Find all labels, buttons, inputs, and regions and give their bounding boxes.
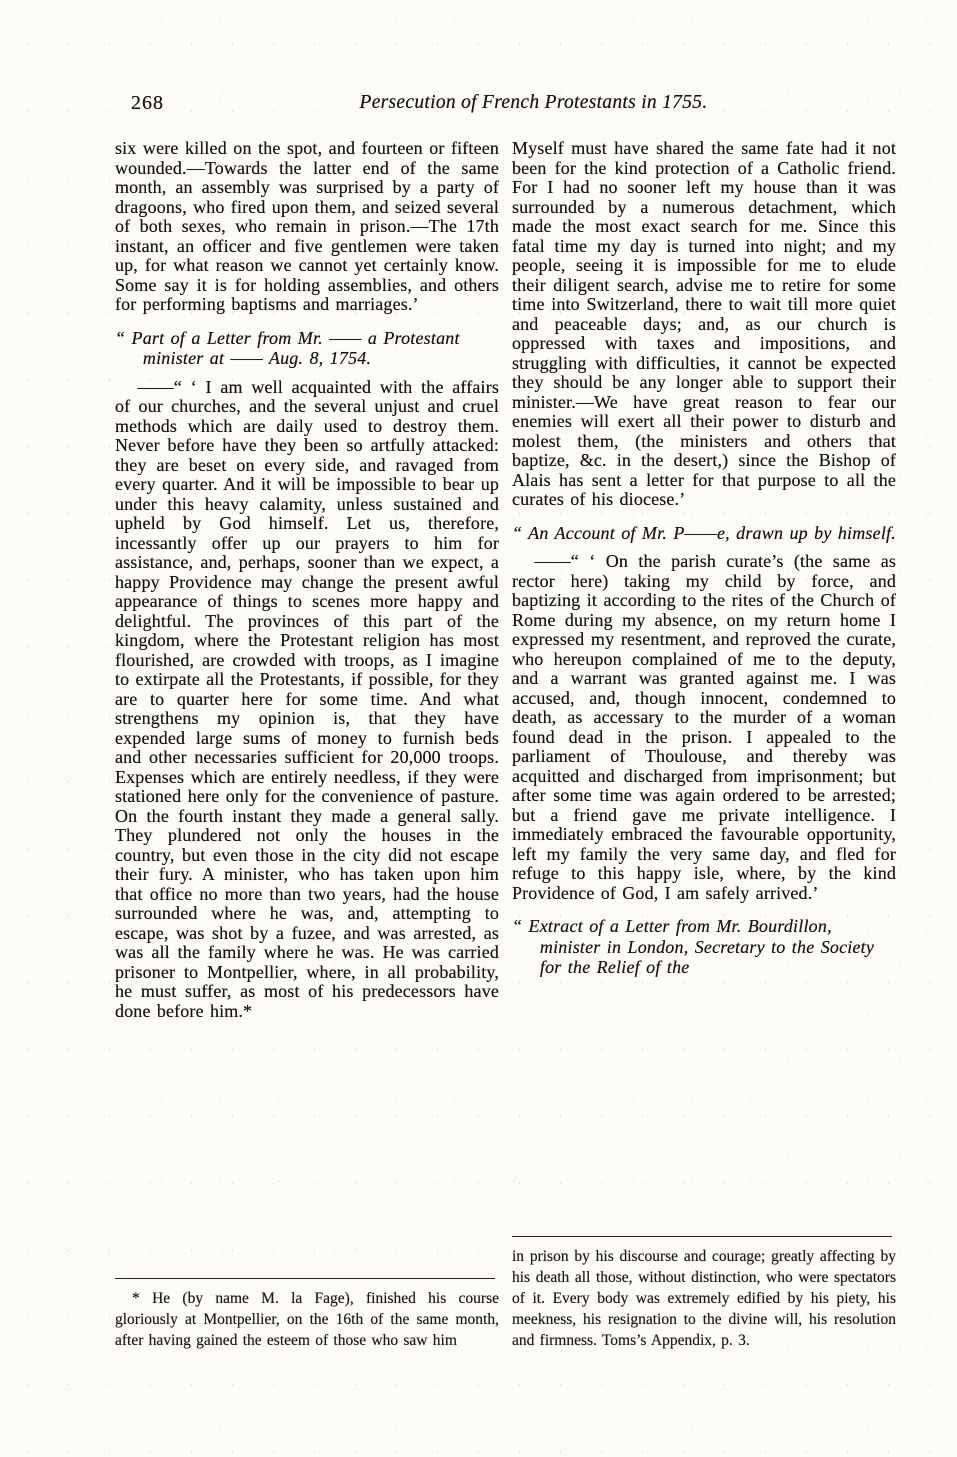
paragraph-continuation: Myself must have shared the same fate ha…: [512, 139, 896, 510]
left-column: six were killed on the spot, and fourtee…: [115, 139, 499, 1351]
running-title: Persecution of French Protestants in 175…: [115, 92, 897, 114]
footnote-continuation-text: in prison by his discourse and courage; …: [512, 1246, 896, 1351]
right-column: Myself must have shared the same fate ha…: [512, 139, 896, 1351]
extract-section-heading: “ Extract of a Letter from Mr. Bourdillo…: [512, 916, 896, 978]
account-body-paragraph: ——“ ‘ On the parish curate’s (the same a…: [512, 552, 896, 903]
paragraph-continuation: six were killed on the spot, and fourtee…: [115, 139, 499, 315]
running-head: 268 Persecution of French Protestants in…: [115, 90, 897, 120]
footnote-divider: [115, 1278, 495, 1279]
letter-section-heading: “ Part of a Letter from Mr. —— a Protest…: [115, 328, 499, 369]
two-column-text-block: six were killed on the spot, and fourtee…: [115, 139, 897, 1351]
letter-body-paragraph: ——“ ‘ I am well acquainted with the affa…: [115, 378, 499, 1022]
left-footnote-block: * He (by name M. la Fage), finished his …: [115, 1278, 499, 1351]
account-section-heading: “ An Account of Mr. P——e, drawn up by hi…: [512, 523, 896, 544]
footnote-divider: [512, 1236, 892, 1237]
book-page-scan: 268 Persecution of French Protestants in…: [0, 0, 957, 1457]
footnote-text: * He (by name M. la Fage), finished his …: [115, 1288, 499, 1351]
right-footnote-block: in prison by his discourse and courage; …: [512, 1236, 896, 1351]
